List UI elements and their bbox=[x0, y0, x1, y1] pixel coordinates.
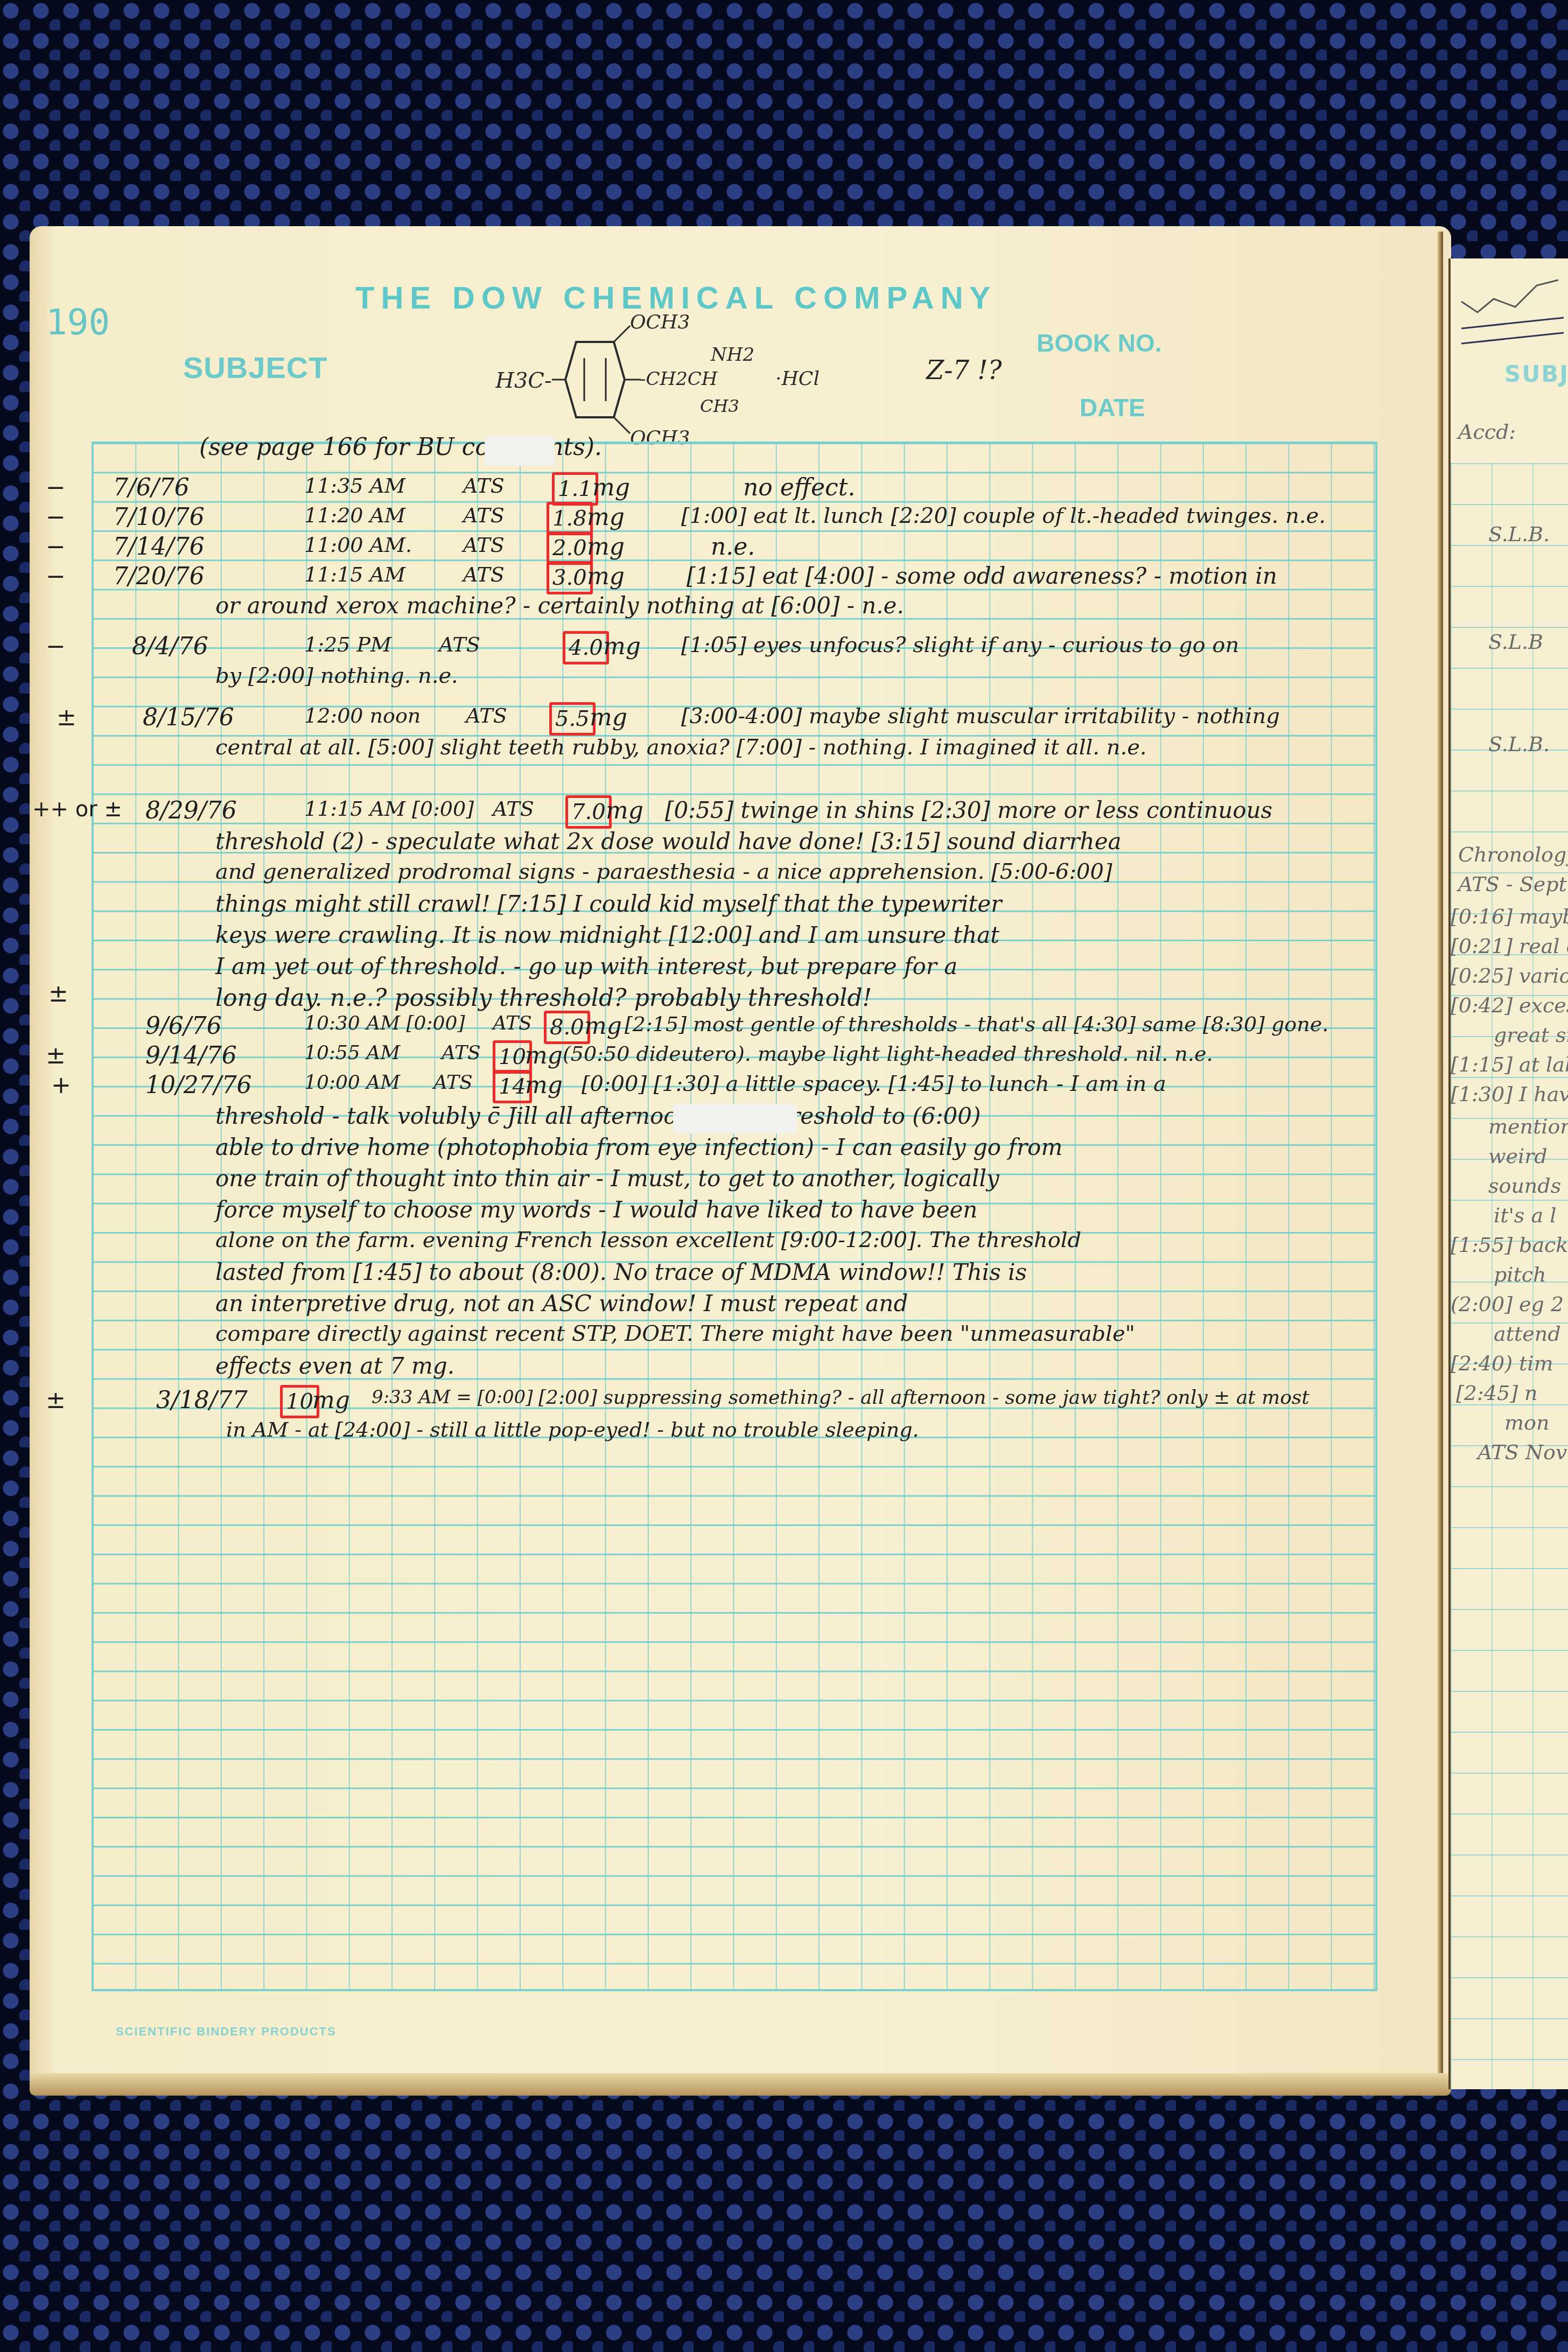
adjacent-line: Chronology bbox=[1458, 843, 1568, 866]
formula-top: OCH3 bbox=[630, 311, 690, 333]
entry-compound: ATS bbox=[493, 1012, 532, 1034]
entry-time: 1:25 PM bbox=[304, 633, 391, 656]
entry-note: [3:00-4:00] maybe slight muscular irrita… bbox=[681, 704, 1280, 729]
entry-date: 9/14/76 bbox=[145, 1042, 237, 1069]
entry-date: 3/18/77 bbox=[156, 1387, 248, 1414]
entry-note: I am yet out of threshold. - go up with … bbox=[215, 953, 957, 979]
entry-note: in AM - at [24:00] - still a little pop-… bbox=[226, 1418, 919, 1441]
adjacent-line: S.L.B. bbox=[1488, 522, 1550, 546]
page-edge bbox=[30, 2073, 1451, 2095]
entry-note: force myself to choose my words - I woul… bbox=[215, 1196, 977, 1223]
adjacent-line: great sig bbox=[1494, 1023, 1568, 1047]
subject-label: SUBJECT bbox=[183, 350, 327, 385]
entry-date: 8/15/76 bbox=[143, 704, 234, 731]
entry-compound: ATS bbox=[433, 1072, 473, 1094]
entry-date: 7/10/76 bbox=[113, 503, 205, 531]
formula-methyl: CH3 bbox=[700, 396, 739, 416]
adjacent-line: sounds bbox=[1488, 1174, 1561, 1198]
rating-mark: − bbox=[46, 474, 66, 501]
entry-time: 11:35 AM bbox=[304, 474, 405, 498]
entry-note: [1:05] eyes unfocus? slight if any - cur… bbox=[681, 633, 1239, 657]
dose-box: 8.0 bbox=[544, 1011, 590, 1044]
adjacent-line: [0:25] vario bbox=[1451, 964, 1568, 988]
entry-compound: ATS bbox=[439, 633, 480, 656]
entry-compound: ATS bbox=[463, 563, 505, 586]
entry-time: 10:55 AM bbox=[304, 1042, 400, 1064]
adjacent-line: [2:40) tim bbox=[1451, 1352, 1553, 1375]
book-no-label: BOOK NO. bbox=[1037, 328, 1162, 358]
entry-note: effects even at 7 mg. bbox=[215, 1353, 454, 1379]
dose-box: 7.0 bbox=[565, 795, 612, 829]
entry-note: (50:50 dideutero). maybe light light-hea… bbox=[563, 1042, 1213, 1066]
adjacent-line: [0:21] real eff bbox=[1451, 934, 1568, 958]
entry-note: one train of thought into thin air - I m… bbox=[215, 1165, 999, 1192]
rating-mark: ++ or ± bbox=[32, 797, 122, 822]
entry-note: central at all. [5:00] slight teeth rubb… bbox=[215, 735, 1147, 760]
notebook-spine bbox=[1438, 232, 1443, 2073]
entry-note: and generalized prodromal signs - paraes… bbox=[215, 859, 1112, 884]
entry-date: 8/29/76 bbox=[145, 797, 237, 824]
formula-salt: ·HCl bbox=[775, 368, 820, 390]
entry-note: able to drive home (photophobia from eye… bbox=[215, 1134, 1062, 1160]
formula-left: H3C- bbox=[495, 368, 551, 393]
entry-time: 11:15 AM [0:00] bbox=[304, 797, 474, 821]
redaction bbox=[485, 436, 555, 466]
formula-side-chain: -CH2CH bbox=[640, 368, 718, 390]
entry-note: n.e. bbox=[711, 533, 755, 561]
rating-mark: − bbox=[46, 533, 66, 561]
entry-note: or around xerox machine? - certainly not… bbox=[215, 592, 904, 619]
entry-time: 9:33 AM = [0:00] bbox=[372, 1387, 533, 1408]
rating-mark: + bbox=[51, 1072, 71, 1099]
entry-note: [2:15] most gentle of thresholds - that'… bbox=[625, 1012, 1328, 1036]
adjacent-line: mention bbox=[1488, 1115, 1568, 1138]
entry-note: lasted from [1:45] to about (8:00). No t… bbox=[215, 1259, 1027, 1285]
rating-mark: − bbox=[46, 503, 66, 531]
entry-note: [0:00] [1:30] a little spacey. [1:45] to… bbox=[582, 1072, 1166, 1096]
adjacent-line: (2:00] eg 2 bbox=[1451, 1292, 1564, 1316]
entry-compound: ATS bbox=[493, 797, 534, 821]
entry-time: 12:00 noon bbox=[304, 704, 421, 727]
adjacent-line: [1:30] I have bbox=[1451, 1082, 1568, 1106]
entry-compound: ATS bbox=[463, 503, 505, 527]
adjacent-line: ATS - Sept bbox=[1458, 872, 1567, 896]
dose-unit: mg bbox=[584, 1012, 622, 1040]
adjacent-line: weird bbox=[1488, 1144, 1548, 1168]
dose-unit: mg bbox=[312, 1387, 350, 1414]
dose-box: 5.5 bbox=[549, 702, 596, 736]
entry-note: [1:00] eat lt. lunch [2:20] couple of lt… bbox=[681, 503, 1326, 528]
adjacent-page: SUBJEC Accd: S.L.B. S.L.B S.L.B. Chronol… bbox=[1448, 258, 1568, 2089]
rating-mark: ± bbox=[46, 1042, 66, 1069]
adjacent-line: S.L.B. bbox=[1488, 732, 1550, 756]
adjacent-line: Accd: bbox=[1458, 420, 1516, 444]
entry-note: alone on the farm. evening French lesson… bbox=[215, 1228, 1081, 1252]
dose-unit: mg bbox=[525, 1072, 563, 1099]
dose-box: 4.0 bbox=[563, 631, 609, 664]
dose-unit: mg bbox=[525, 1042, 563, 1069]
rating-mark: − bbox=[46, 563, 66, 590]
adjacent-line: [0:42] excessive bbox=[1451, 993, 1568, 1017]
adjacent-line: it's a l bbox=[1494, 1203, 1556, 1227]
entry-date: 8/4/76 bbox=[132, 633, 208, 660]
entry-note: keys were crawling. It is now midnight [… bbox=[215, 922, 999, 948]
dose-unit: mg bbox=[592, 474, 630, 501]
entry-compound: ATS bbox=[463, 533, 505, 557]
entry-compound: ATS bbox=[442, 1042, 481, 1064]
entry-note: long day. n.e.? possibly threshold? prob… bbox=[215, 984, 872, 1012]
adjacent-line: [1:55] back bbox=[1451, 1233, 1568, 1257]
adjacent-line: [0:16] maybe bbox=[1451, 905, 1568, 928]
entry-date: 10/27/76 bbox=[145, 1072, 252, 1099]
dose-unit: mg bbox=[587, 503, 625, 531]
entry-date: 7/20/76 bbox=[113, 563, 205, 590]
adjacent-line: pitch bbox=[1494, 1263, 1546, 1286]
dose-box: 1.1 bbox=[552, 472, 598, 506]
page-number: 190 bbox=[46, 302, 110, 343]
entry-compound: ATS bbox=[466, 704, 507, 727]
chemical-structure-icon: H3C- OCH3 -CH2CH NH2 CH3 OCH3 ·HCl bbox=[495, 310, 845, 450]
adjacent-line: [2:45] n bbox=[1456, 1381, 1538, 1405]
sketch-graph-icon bbox=[1456, 269, 1568, 345]
entry-note: by [2:00] nothing. n.e. bbox=[215, 663, 458, 688]
adjacent-line: ATS Nov 5 bbox=[1478, 1440, 1568, 1464]
adjacent-line: attend bbox=[1494, 1322, 1560, 1346]
entry-time: 11:00 AM. bbox=[304, 533, 412, 557]
entry-compound: ATS bbox=[463, 474, 505, 498]
entry-time: 11:20 AM bbox=[304, 503, 405, 527]
entry-note: [2:00] suppressing something? - all afte… bbox=[538, 1387, 1310, 1409]
dose-box: 3.0 bbox=[547, 561, 593, 594]
entry-note: [0:55] twinge in shins [2:30] more or le… bbox=[665, 797, 1272, 823]
dose-unit: mg bbox=[587, 533, 625, 561]
rating-mark: − bbox=[46, 633, 66, 660]
footer-brand: SCIENTIFIC BINDERY PRODUCTS bbox=[116, 2025, 337, 2039]
dose-unit: mg bbox=[606, 797, 643, 824]
book-number-value: Z-7 !? bbox=[926, 355, 1002, 386]
adjacent-line: mon bbox=[1504, 1411, 1549, 1434]
entry-note: compare directly against recent STP, DOE… bbox=[215, 1321, 1135, 1346]
entry-time: 11:15 AM bbox=[304, 563, 405, 586]
entry-note: an interpretive drug, not an ASC window!… bbox=[215, 1290, 908, 1317]
entry-date: 9/6/76 bbox=[145, 1012, 222, 1040]
rating-mark: ± bbox=[48, 980, 68, 1007]
entry-time: 10:00 AM bbox=[304, 1072, 400, 1094]
entry-note: things might still crawl! [7:15] I could… bbox=[215, 891, 1002, 917]
entry-time: 10:30 AM [0:00] bbox=[304, 1012, 465, 1034]
adjacent-line: [1:15] at lab bbox=[1451, 1053, 1568, 1076]
formula-amine: NH2 bbox=[710, 344, 754, 366]
rating-mark: ± bbox=[57, 704, 76, 731]
entry-note: [1:15] eat [4:00] - some odd awareness? … bbox=[687, 563, 1277, 589]
adjacent-line: S.L.B bbox=[1488, 630, 1543, 654]
dose-unit: mg bbox=[587, 563, 625, 590]
entry-date: 7/14/76 bbox=[113, 533, 205, 561]
date-label: DATE bbox=[1080, 393, 1145, 422]
dose-box: 2.0 bbox=[547, 531, 593, 565]
entry-note: no effect. bbox=[743, 474, 855, 501]
redaction bbox=[673, 1104, 797, 1133]
adjacent-subject-label: SUBJEC bbox=[1504, 361, 1568, 387]
entry-date: 7/6/76 bbox=[113, 474, 190, 501]
entry-note: threshold - talk volubly c̄ Jill all aft… bbox=[215, 1103, 981, 1129]
entry-note: threshold (2) - speculate what 2x dose w… bbox=[215, 828, 1122, 855]
rating-mark: ± bbox=[46, 1387, 66, 1414]
dose-unit: mg bbox=[603, 633, 641, 660]
dose-unit: mg bbox=[590, 704, 627, 731]
dose-box: 1.8 bbox=[547, 502, 593, 535]
